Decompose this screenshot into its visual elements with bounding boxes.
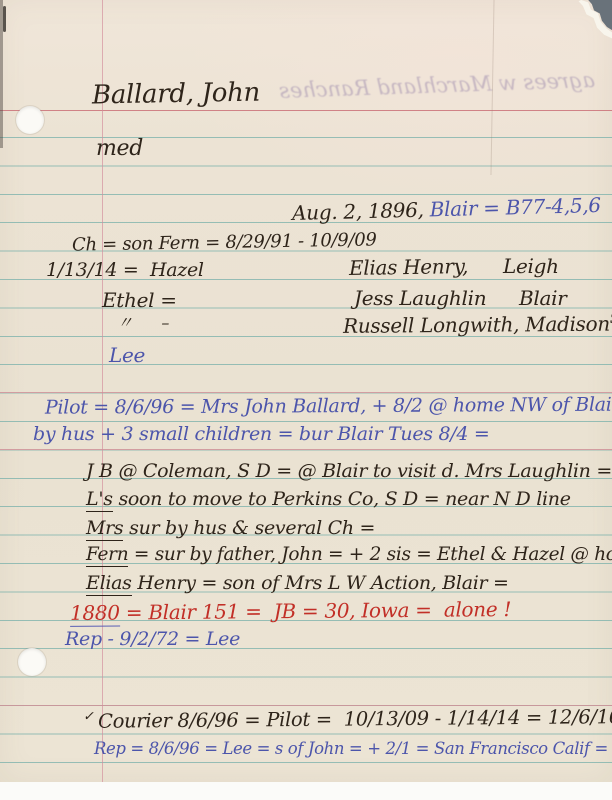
russell-text: Russell Longwith, Madison: [343, 312, 610, 338]
courier-dates-line: ✓ Courier 8/6/96 = Pilot = 10/13/09 - 1/…: [83, 706, 612, 733]
name-elias-henry: Elias Henry,: [349, 255, 468, 279]
place-blair: Blair: [519, 287, 566, 309]
hole-punch-bottom: [18, 648, 46, 676]
ditto-marks: 〃 –: [117, 314, 169, 332]
name-jess-laughlin: Jess Laughlin: [354, 287, 486, 309]
move-line: L's soon to move to Perkins Co, S D = ne…: [86, 489, 571, 510]
scanner-background: [0, 782, 612, 800]
med-note: med: [96, 137, 143, 161]
fern-rest: = sur by father, John = + 2 sis = Ethel …: [128, 544, 612, 565]
checkmark-icon: ✓: [83, 709, 98, 724]
rep-line: Rep - 9/2/72 = Lee: [65, 629, 240, 650]
fern-survivors-line: Fern = sur by father, John = + 2 sis = E…: [86, 545, 612, 565]
surname-heading: Ballard, John: [92, 79, 260, 111]
lee-note: Lee: [109, 344, 145, 366]
reference-date: Aug. 2, 1896,: [292, 197, 430, 225]
move-rest: soon to move to Perkins Co, S D = near N…: [113, 488, 571, 510]
jb-visit-line: J B @ Coleman, S D = @ Blair to visit d.…: [86, 461, 612, 482]
pink-rule-line: [0, 449, 612, 450]
reference-source: Blair = B77-4,5,6: [429, 193, 601, 221]
hole-punch-top: [16, 106, 44, 134]
mrs-lead: Mrs: [86, 517, 123, 541]
elias-parent-line: Elias Henry = son of Mrs L W Action, Bla…: [86, 573, 509, 594]
census-1880-line: 1880 = Blair 151 = JB = 30, Iowa = alone…: [70, 598, 511, 624]
mrs-rest: sur by hus & several Ch =: [123, 517, 375, 539]
hazel-line: 1/13/14 = Hazel: [46, 260, 204, 281]
elias-rest: Henry = son of Mrs L W Action, Blair =: [132, 572, 509, 594]
name-russell-longwith: Russell Longwith, MadisonS D: [343, 312, 612, 337]
mrs-survivors-line: Mrs sur by hus & several Ch =: [86, 518, 375, 539]
pilot-obit-line-1: Pilot = 8/6/96 = Mrs John Ballard, + 8/2…: [45, 394, 612, 418]
move-lead: L's: [86, 488, 113, 512]
census-rest: = Blair 151 = JB = 30, Iowa = alone !: [120, 597, 512, 624]
census-year: 1880: [70, 600, 120, 626]
place-leigh: Leigh: [503, 255, 559, 277]
elias-lead: Elias: [86, 572, 132, 596]
pilot-obit-line-2: by hus + 3 small children = bur Blair Tu…: [33, 424, 490, 445]
margin-rule-line: [102, 0, 103, 782]
pink-rule-line: [0, 392, 612, 393]
scan-edge-mark: [3, 6, 6, 32]
rep-bottom-line: Rep = 8/6/96 = Lee = s of John = + 2/1 =…: [94, 740, 612, 758]
ethel-line: Ethel =: [102, 289, 177, 311]
courier-text: Courier 8/6/96 = Pilot = 10/13/09 - 1/14…: [98, 705, 612, 733]
fern-lead: Fern: [86, 544, 128, 567]
scanned-note-page: agrees w Marchland Ranches Ballard, John…: [0, 0, 612, 800]
